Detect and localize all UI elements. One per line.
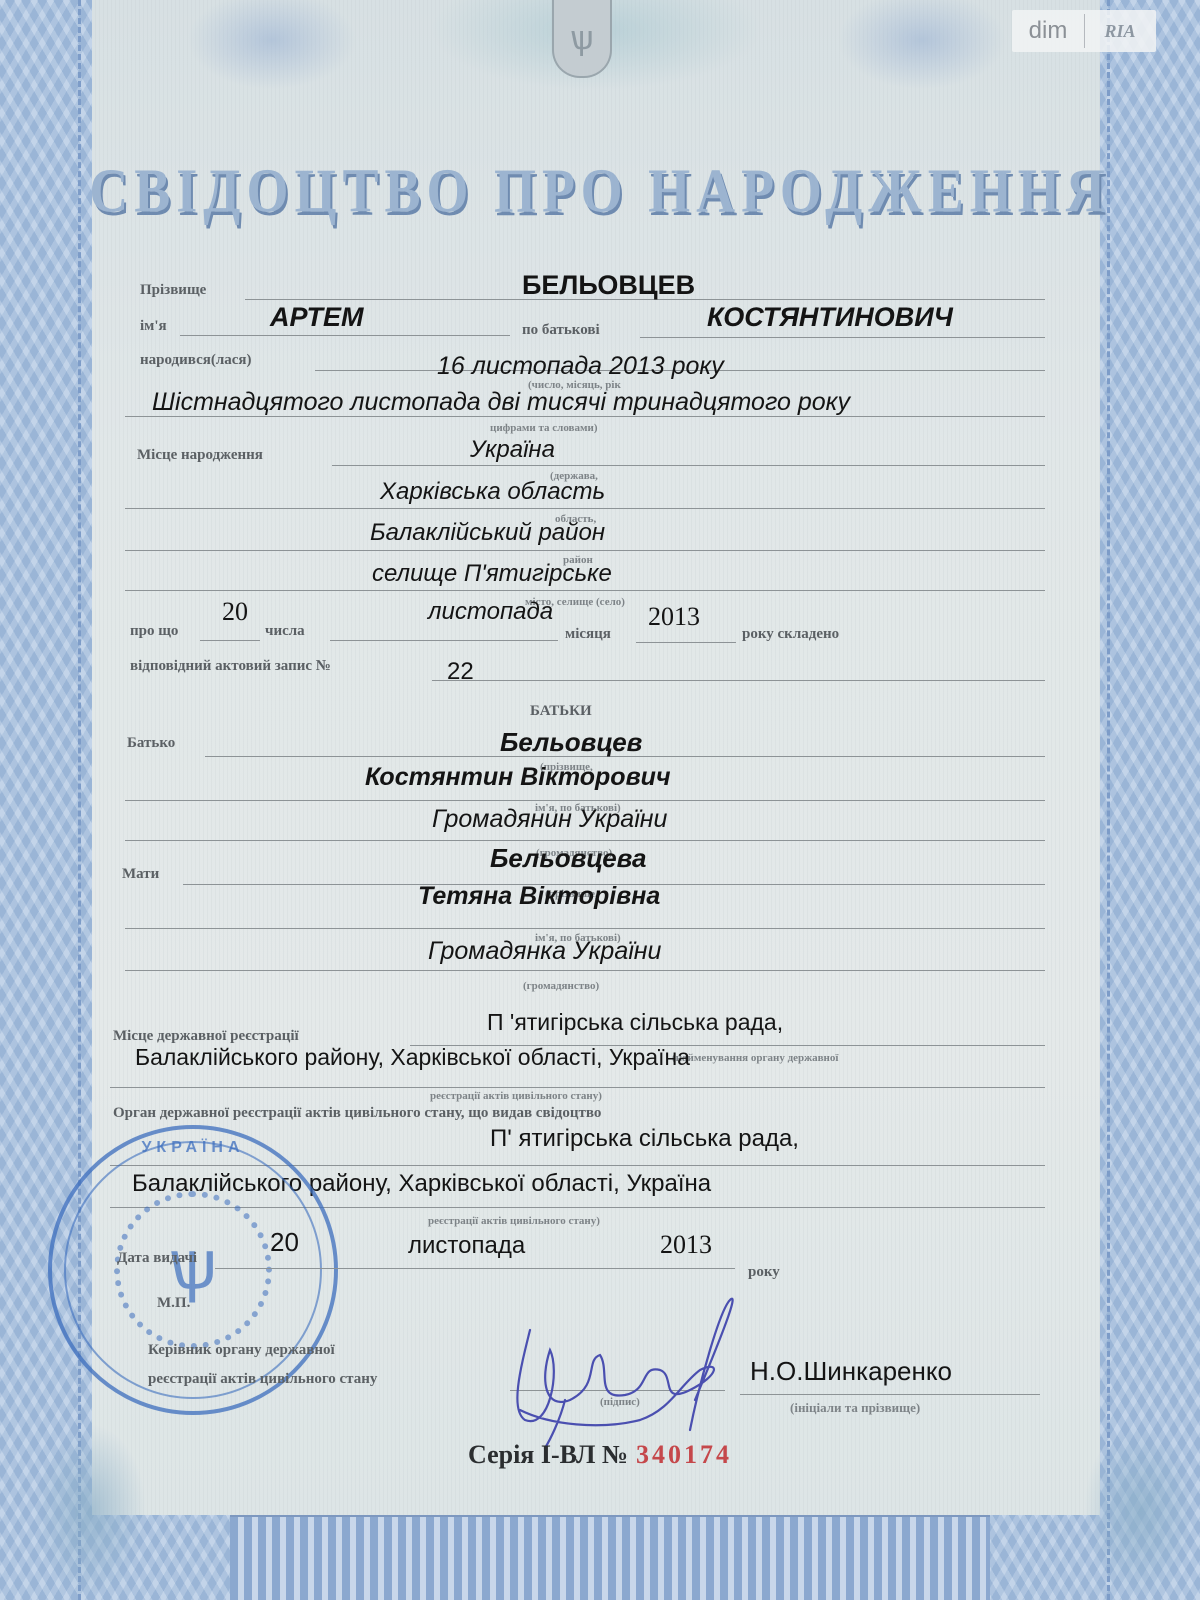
official-name-rule	[740, 1394, 1040, 1395]
registration-place-caption2: реєстрації актів цивільного стану)	[430, 1090, 602, 1102]
mother-citizenship-caption: (громадянство)	[523, 980, 599, 992]
act-number: 22	[447, 658, 474, 686]
official-name-caption: (ініціали та прізвище)	[790, 1400, 920, 1416]
record-month: листопада	[428, 598, 553, 626]
birthplace-country: Україна	[470, 436, 555, 464]
record-day-rule	[200, 640, 260, 641]
watermark-ria: RIA	[1085, 21, 1155, 42]
father-surname: Бельовцев	[500, 727, 642, 758]
head-label-line1: Керівник органу державної	[148, 1342, 335, 1359]
issue-year: 2013	[660, 1230, 712, 1260]
father-citizenship: Громадянин України	[432, 805, 667, 834]
father-citizenship-rule	[125, 840, 1045, 841]
trident-emblem-icon: ѱ	[552, 0, 612, 78]
watermark-dim: dim	[1012, 17, 1084, 45]
father-name-rule	[125, 800, 1045, 801]
year-label: року складено	[742, 626, 839, 643]
seal-label: М.П.	[157, 1295, 190, 1312]
mother-citizenship: Громадянка України	[428, 937, 661, 966]
name-rule	[180, 335, 510, 336]
surname-label: Прізвище	[140, 282, 206, 299]
issuer-caption2: реєстрації актів цивільного стану)	[428, 1215, 600, 1227]
month-label: місяця	[565, 626, 611, 643]
issue-day: 20	[270, 1227, 299, 1258]
dimria-watermark: dim RIA	[1012, 10, 1156, 52]
record-day: 20	[222, 597, 248, 627]
serial-number: Серія І-ВЛ №340174	[0, 1440, 1200, 1470]
issuer-line1: П' ятигірська сільська рада,	[490, 1125, 799, 1153]
stamp-top-text: УКРАЇНА	[52, 1139, 334, 1157]
serial-label: Серія І-ВЛ №	[468, 1440, 628, 1469]
country-rule	[332, 465, 1045, 466]
mother-name-rule	[125, 928, 1045, 929]
birthplace-region: Харківська область	[380, 478, 605, 506]
patronymic-label: по батькові	[522, 322, 600, 339]
official-name: Н.О.Шинкаренко	[750, 1356, 952, 1387]
record-year: 2013	[648, 602, 700, 632]
mother-surname: Бельовцева	[490, 843, 646, 874]
district-rule	[125, 550, 1045, 551]
mother-name: Тетяна Вікторівна	[418, 882, 660, 911]
region-rule	[125, 508, 1045, 509]
child-surname: БЕЛЬОВЦЕВ	[522, 270, 695, 301]
name-label: ім'я	[140, 318, 167, 335]
father-label: Батько	[127, 735, 175, 752]
mother-label: Мати	[122, 866, 159, 883]
child-patronymic: КОСТЯНТИНОВИЧ	[707, 302, 953, 333]
document-title: СВІДОЦТВО ПРО НАРОДЖЕННЯ	[0, 155, 1200, 226]
registration-place-caption1: (найменування органу державної	[672, 1052, 838, 1064]
issuer-label: Орган державної реєстрації актів цивільн…	[113, 1105, 601, 1122]
born-label: народився(лася)	[140, 352, 252, 369]
registration-place-rule2	[110, 1087, 1045, 1088]
father-name: Костянтин Вікторович	[365, 763, 671, 792]
issue-month: листопада	[408, 1232, 525, 1260]
serial-number-value: 340174	[636, 1440, 732, 1469]
birth-date-digits: 16 листопада 2013 року	[437, 352, 724, 381]
birth-date-words-caption: цифрами та словами)	[490, 422, 598, 434]
signature-scribble	[490, 1280, 750, 1450]
birthplace-label: Місце народження	[137, 447, 263, 464]
record-month-rule	[330, 640, 558, 641]
registration-place-line2: Балаклійського району, Харківської облас…	[135, 1044, 690, 1071]
birthplace-settlement: селище П'ятигірське	[372, 560, 612, 588]
registration-place-label: Місце державної реєстрації	[113, 1028, 299, 1045]
patronymic-rule	[640, 337, 1045, 338]
wing-ornament-left	[20, 1380, 160, 1600]
day-label: числа	[265, 623, 305, 640]
record-year-rule	[636, 642, 736, 643]
settlement-rule	[125, 590, 1045, 591]
about-label: про що	[130, 623, 178, 640]
act-rule	[432, 680, 1045, 681]
head-label-line2: реєстрації актів цивільного стану	[148, 1371, 377, 1388]
registration-place-line1: П 'ятигірська сільська рада,	[487, 1009, 783, 1036]
bottom-ornament	[230, 1515, 990, 1600]
issue-date-rule	[215, 1268, 735, 1269]
child-name: АРТЕМ	[270, 302, 363, 333]
issue-date-label: Дата видачі	[117, 1250, 197, 1267]
mother-citizenship-rule	[125, 970, 1045, 971]
wing-ornament-right	[1070, 1380, 1200, 1600]
birthplace-district: Балаклійський район	[370, 519, 605, 547]
parents-heading: БАТЬКИ	[530, 703, 592, 720]
act-label: відповідний актовий запис №	[130, 658, 331, 675]
birth-date-words: Шістнадцятого листопада дві тисячі трина…	[152, 388, 850, 417]
issue-year-label: року	[748, 1264, 780, 1281]
